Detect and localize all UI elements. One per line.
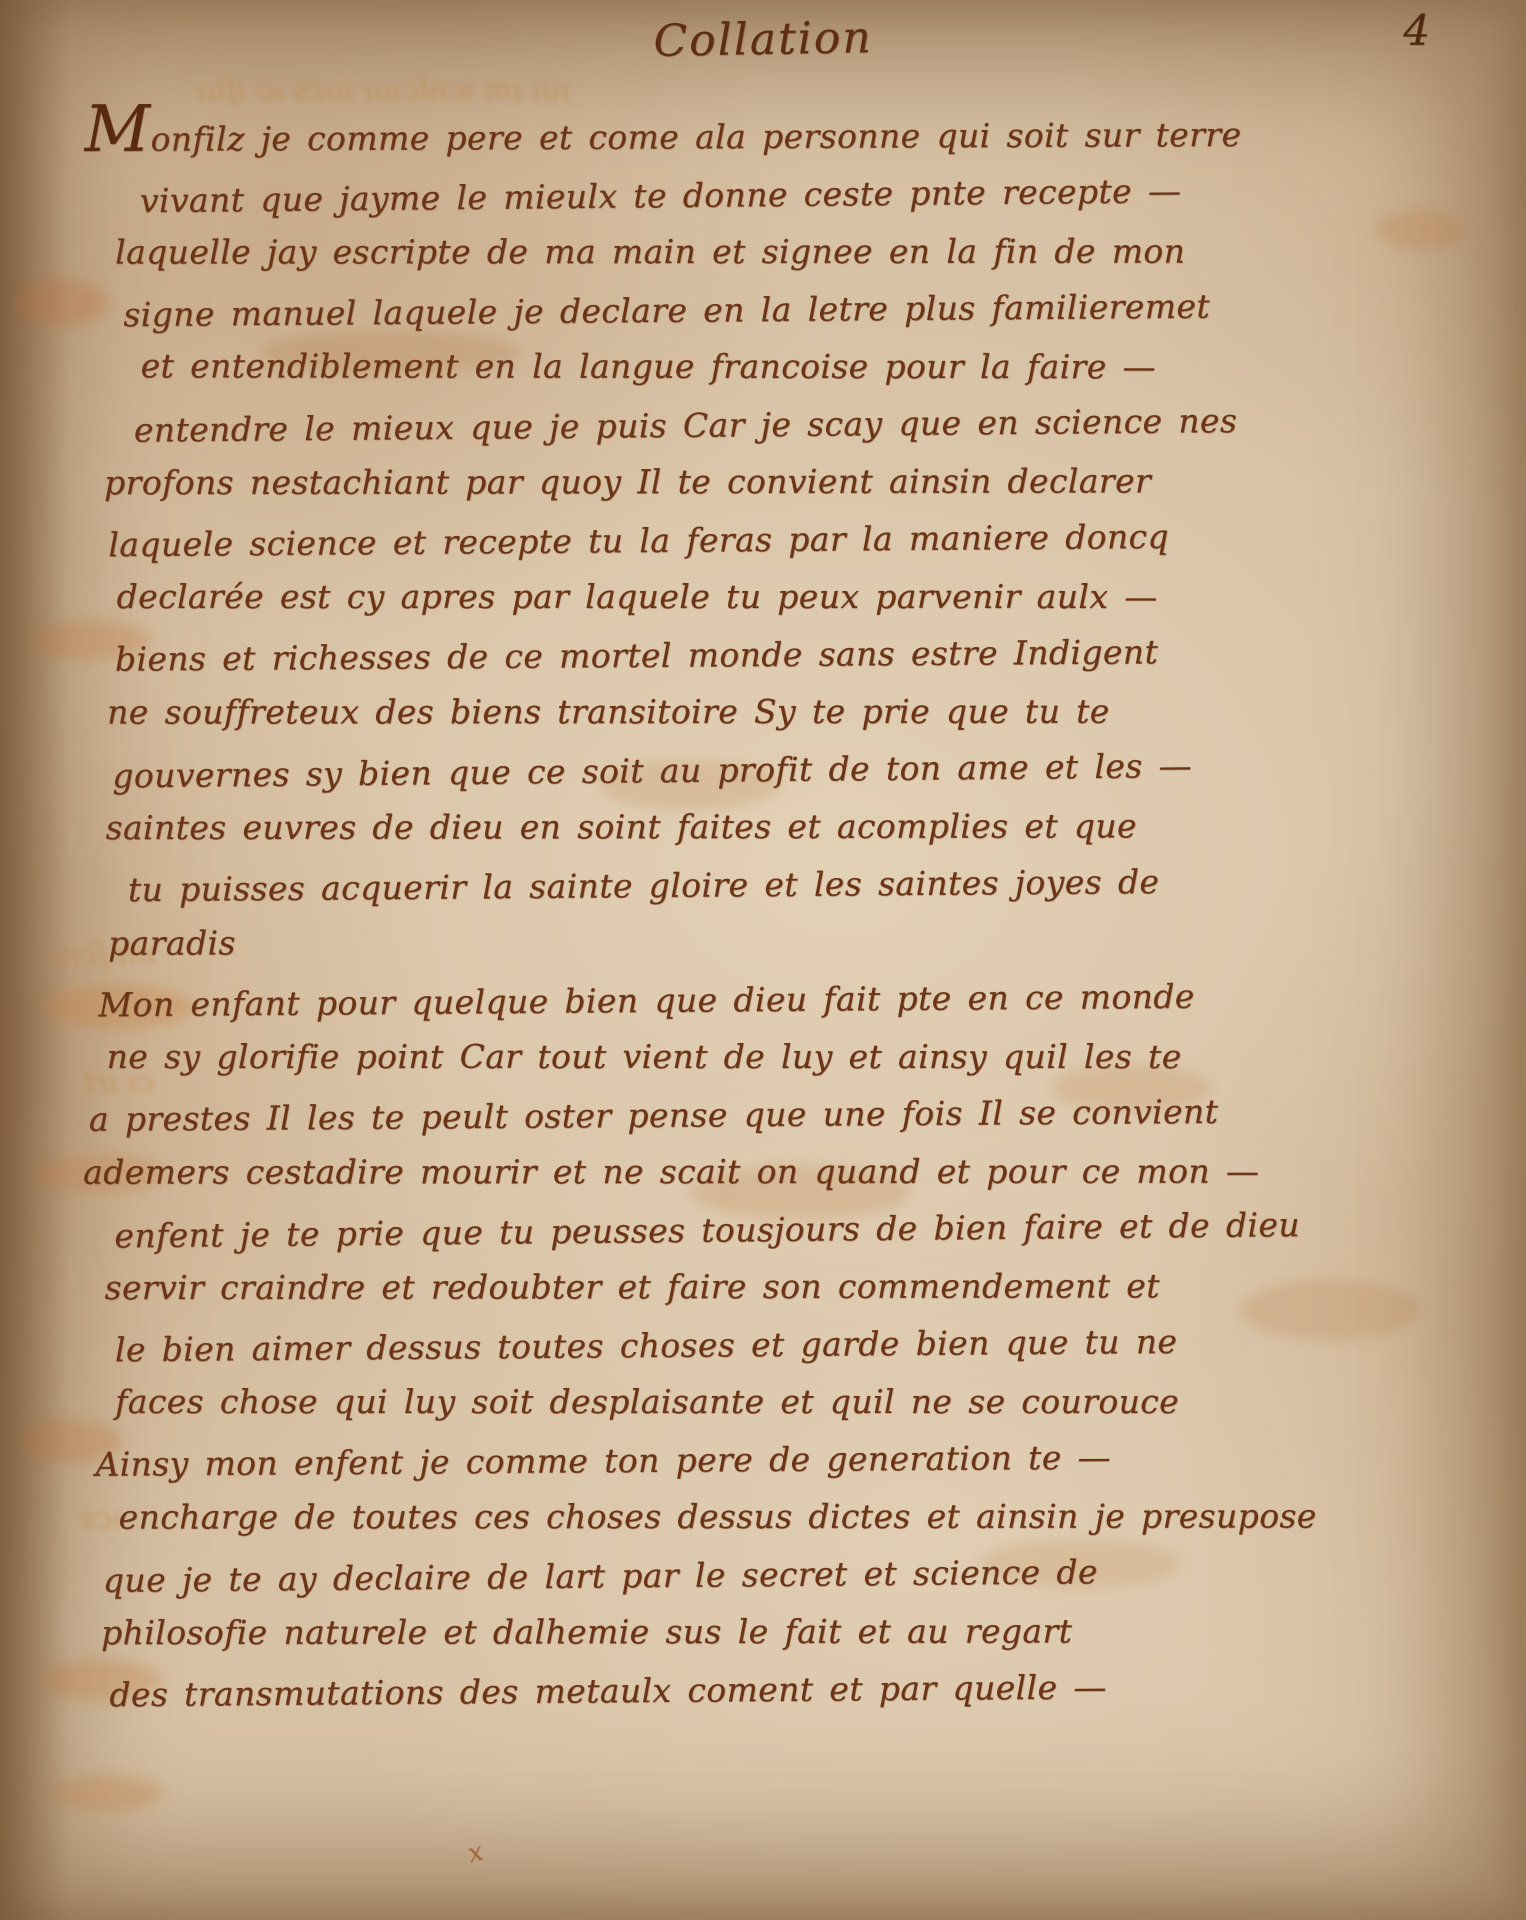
manuscript-line: ademers cestadire mourir et ne scait on …	[83, 1142, 1459, 1201]
manuscript-line: servir craindre et redoubter et faire so…	[105, 1257, 1460, 1317]
manuscript-line: encharge de toutes ces choses dessus dic…	[119, 1487, 1461, 1546]
manuscript-line: biens et richesses de ce mortel monde sa…	[115, 621, 1457, 688]
folio-number: 4	[1403, 6, 1430, 55]
manuscript-page: ını ſcıu cı ırt ıuı ım ıcnlcıuı ıucs ıo …	[0, 0, 1526, 1920]
manuscript-line: tu puisses acquerir la sainte gloire et …	[128, 850, 1458, 918]
manuscript-line: laquele science et recepte tu la feras p…	[108, 505, 1456, 573]
manuscript-line: a prestes Il les te peult oster pense qu…	[89, 1081, 1459, 1148]
manuscript-line: laquelle jay escripte de ma main et sign…	[115, 222, 1455, 281]
manuscript-line: profons nestachiant par quoy Il te convi…	[104, 452, 1456, 512]
manuscript-body: Monfilz je comme pere et come ala person…	[84, 105, 1461, 1721]
manuscript-line: et entendiblement en la langue francoise…	[141, 337, 1456, 396]
manuscript-line: vivant que jayme le mieulx te donne cest…	[140, 159, 1455, 229]
manuscript-line: que je te ay declaire de lart par le sec…	[103, 1540, 1461, 1609]
manuscript-line: entendre le mieux que je puis Car je sca…	[134, 390, 1456, 459]
ink-stain	[52, 1775, 162, 1811]
manuscript-line: ne souffreteux des biens transitoire Sy …	[107, 682, 1457, 741]
manuscript-line: Monfilz je comme pere et come ala person…	[84, 105, 1454, 168]
manuscript-line: des transmutations des metaulx coment et…	[109, 1655, 1461, 1723]
page-gutter-shadow	[0, 0, 70, 1920]
manuscript-line: ne sy glorifie point Car tout vient de l…	[107, 1028, 1459, 1086]
page-title: Collation	[0, 1, 1526, 79]
manuscript-line: Ainsy mon enfent je comme ton pere de ge…	[95, 1426, 1460, 1493]
quire-mark: x	[464, 1837, 486, 1870]
manuscript-line: Mon enfant pour quelque bien que dieu fa…	[98, 965, 1458, 1033]
manuscript-line: faces chose qui luy soit desplaisante et…	[115, 1373, 1460, 1431]
paragraph: Monfilz je comme pere et come ala person…	[84, 105, 1458, 973]
manuscript-line: declarée est cy apres par laquele tu peu…	[117, 568, 1457, 626]
manuscript-line: saintes euvres de dieu en soint faites e…	[106, 797, 1458, 857]
manuscript-line: philosofie naturele et dalhemie sus le f…	[101, 1602, 1461, 1662]
manuscript-line: signe manuel laquele je declare en la le…	[123, 275, 1455, 343]
manuscript-line: le bien aimer dessus toutes choses et ga…	[115, 1310, 1460, 1378]
paragraph: Mon enfant pour quelque bien que dieu fa…	[88, 968, 1461, 1721]
manuscript-line: gouvernes sy bien que ce soit au profit …	[112, 734, 1457, 804]
manuscript-line: paradis	[108, 911, 1458, 972]
manuscript-line: enfent je te prie que tu peusses tousjou…	[114, 1194, 1459, 1264]
